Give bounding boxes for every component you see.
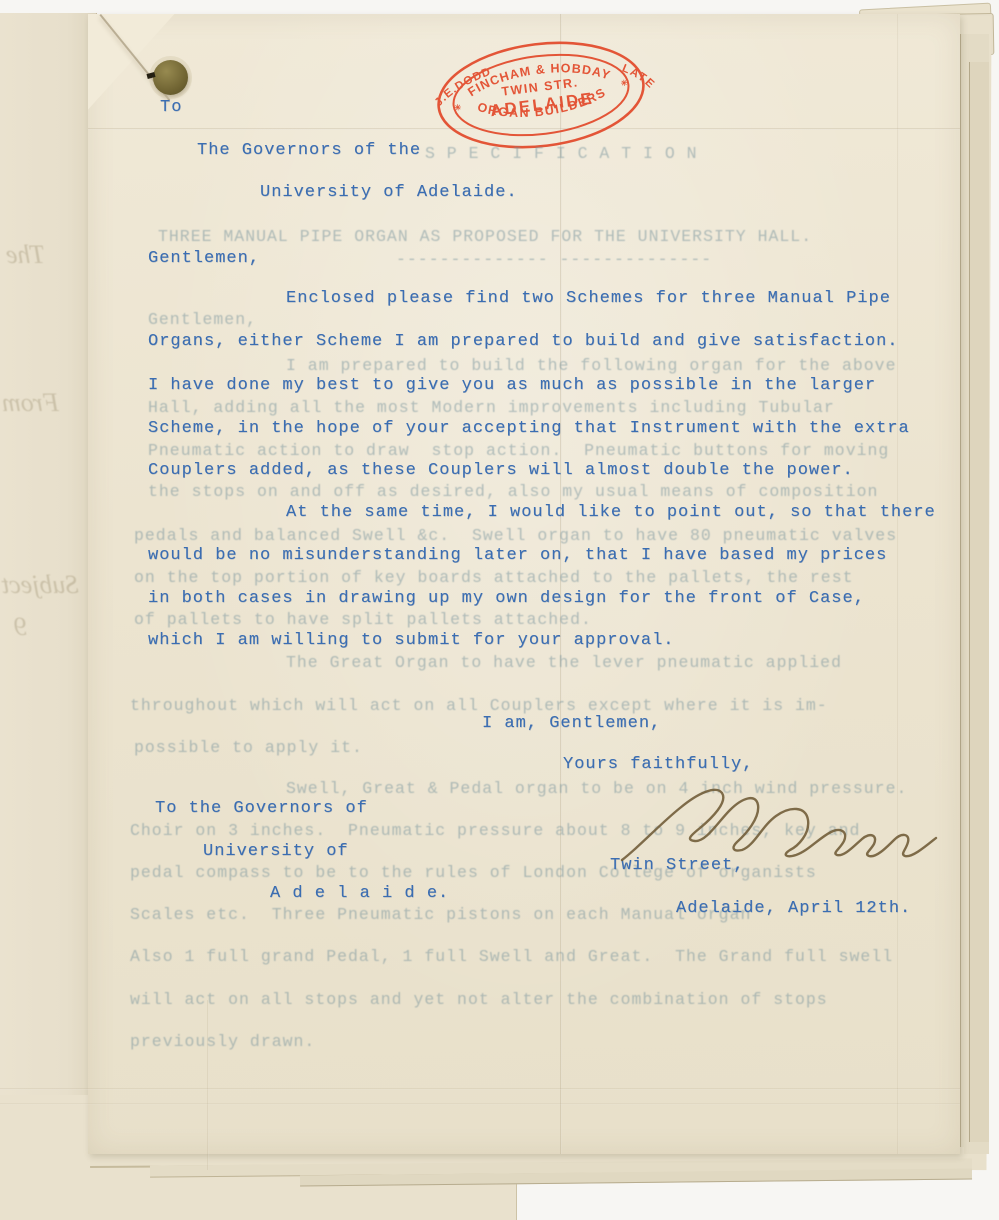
typed-line: Organs, either Scheme I am prepared to b…	[148, 332, 899, 352]
typed-line: Scheme, in the hope of your accepting th…	[148, 419, 910, 439]
typed-line: which I am willing to submit for your ap…	[148, 631, 674, 651]
typed-line: Enclosed please find two Schemes for thr…	[286, 289, 891, 309]
scanned-letter-page: TheFromSubject9 J.E.DODD LATE FINCHAM & …	[0, 0, 999, 1220]
signature-j-e-dodd	[616, 778, 946, 874]
typed-line: To the Governors of	[155, 799, 368, 819]
typed-line: University of	[203, 842, 349, 862]
typed-line: At the same time, I would like to point …	[286, 503, 936, 523]
typed-line: in both cases in drawing up my own desig…	[148, 589, 865, 609]
typed-line: Yours faithfully,	[563, 755, 753, 775]
typed-line: I am, Gentlemen,	[482, 714, 661, 734]
typed-text-layer: ToThe Governors of theUniversity of Adel…	[0, 0, 999, 1220]
typed-line: I have done my best to give you as much …	[148, 376, 876, 396]
typed-line: Adelaide, April 12th.	[676, 899, 911, 919]
typed-line: would be no misunderstanding later on, t…	[148, 546, 887, 566]
typed-line: A d e l a i d e.	[270, 884, 449, 904]
typed-line: Couplers added, as these Couplers will a…	[148, 461, 854, 481]
typed-line: Gentlemen,	[148, 249, 260, 269]
typed-line: To	[160, 98, 182, 118]
typed-line: University of Adelaide.	[260, 183, 518, 203]
typed-line: The Governors of the	[197, 141, 421, 161]
